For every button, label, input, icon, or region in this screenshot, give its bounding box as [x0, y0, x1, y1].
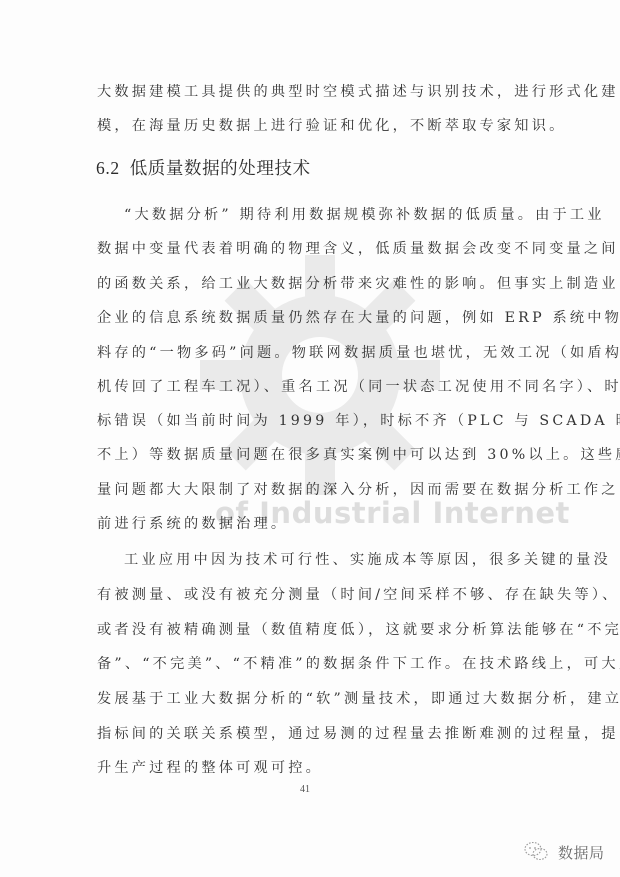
text-line: 大数据建模工具提供的典型时空模式描述与识别技术，进行形式化建 [97, 82, 527, 102]
text-line: 前进行系统的数据治理。 [97, 514, 527, 534]
text-line: 指标间的关联关系模型，通过易测的过程量去推断难测的过程量，提 [97, 724, 527, 744]
wechat-official-account-icon [522, 840, 552, 864]
footer-brand: 数据局 [522, 840, 605, 864]
text-line: 升生产过程的整体可观可控。 [97, 758, 527, 778]
text-line: 量问题都大大限制了对数据的深入分析，因而需要在数据分析工作之 [97, 480, 527, 500]
section-title: 低质量数据的处理技术 [130, 159, 311, 179]
text-line: 或者没有被精确测量（数值精度低），这就要求分析算法能够在“不完 [97, 620, 527, 640]
document-page: of Industrial Internet 大数据建模工具提供的典型时空模式描… [0, 0, 620, 877]
text-line: 不上）等数据质量问题在很多真实案例中可以达到 30%以上。这些质 [97, 445, 527, 465]
text-line: 备”、“不完美”、“不精准”的数据条件下工作。在技术路线上，可大力 [97, 654, 527, 674]
text-line: 发展基于工业大数据分析的“软”测量技术，即通过大数据分析，建立 [97, 689, 527, 709]
text-line: 标错误（如当前时间为 1999 年），时标不齐（PLC 与 SCADA 时标对 [97, 411, 527, 431]
brand-label: 数据局 [558, 842, 605, 863]
section-number: 6.2 [96, 158, 120, 178]
text-line: 料存的“一物多码”问题。物联网数据质量也堪忧，无效工况（如盾构 [97, 343, 527, 363]
text-line: 企业的信息系统数据质量仍然存在大量的问题，例如 ERP 系统中物 [97, 308, 527, 328]
page-number: 41 [300, 784, 310, 795]
text-line: 模，在海量历史数据上进行验证和优化，不断萃取专家知识。 [97, 116, 527, 136]
text-line: 有被测量、或没有被充分测量（时间/空间采样不够、存在缺失等）、 [97, 585, 527, 605]
text-line: 工业应用中因为技术可行性、实施成本等原因，很多关键的量没 [124, 550, 527, 570]
section-heading: 6.2低质量数据的处理技术 [96, 156, 311, 181]
text-line: 的函数关系，给工业大数据分析带来灾难性的影响。但事实上制造业 [97, 274, 527, 294]
text-line: 机传回了工程车工况）、重名工况（同一状态工况使用不同名字）、时 [97, 377, 527, 397]
text-line: “大数据分析” 期待利用数据规模弥补数据的低质量。由于工业 [124, 205, 527, 225]
text-line: 数据中变量代表着明确的物理含义，低质量数据会改变不同变量之间 [97, 239, 527, 259]
